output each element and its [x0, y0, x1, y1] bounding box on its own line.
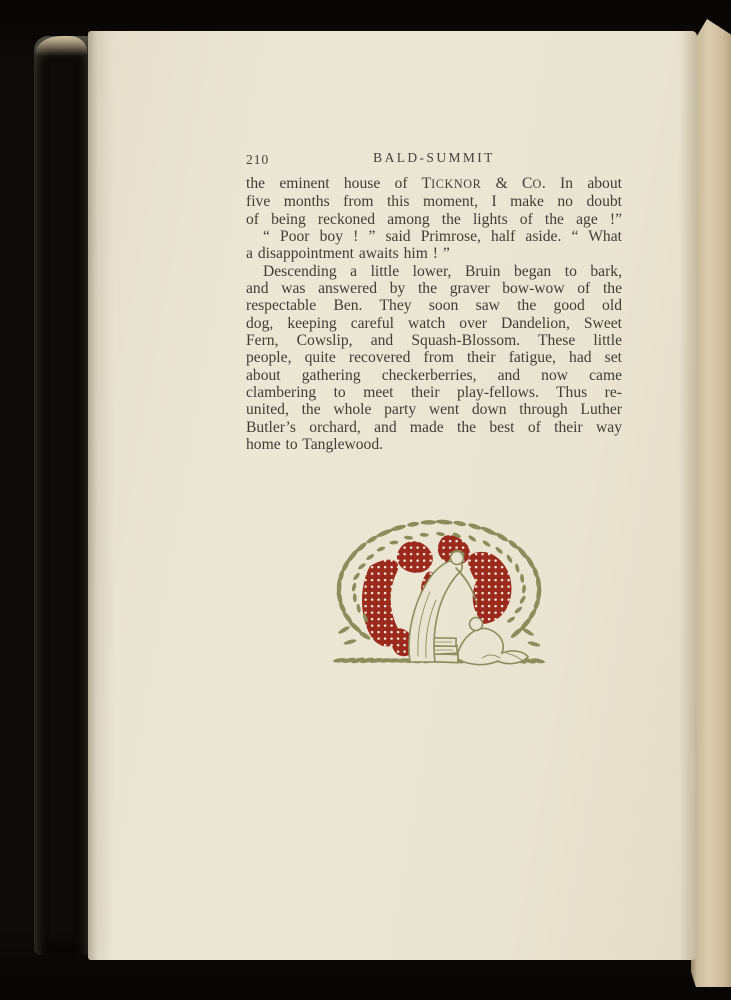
text-line: “ Poor boy ! ” said Primrose, half aside… — [246, 228, 622, 245]
body-text: the eminent house of Ticknor & Co. In ab… — [246, 175, 622, 454]
book-spine-page-block — [34, 36, 91, 955]
text-line: Descending a little lower, Bruin began t… — [246, 263, 622, 280]
text-line: the eminent house of Ticknor & Co. In ab… — [246, 175, 622, 193]
text-line: Fern, Cowslip, and Squash-Blossom. These… — [246, 332, 622, 349]
text-line: clambering to meet their play-fellows. T… — [246, 384, 622, 401]
text-line: five months from this moment, I make no … — [246, 193, 622, 210]
text-line: about gathering checkerberries, and now … — [246, 367, 622, 384]
text-line: and was answered by the graver bow-wow o… — [246, 280, 622, 297]
running-head: BALD-SUMMIT — [246, 150, 622, 166]
reclining-child — [458, 618, 528, 665]
text-line: respectable Ben. They soon saw the good … — [246, 297, 622, 314]
page-number: 210 — [246, 152, 269, 168]
tailpiece-illustration — [330, 512, 548, 672]
text-line: united, the whole party went down throug… — [246, 401, 622, 418]
text-line: home to Tanglewood. — [246, 436, 622, 453]
text-line: Butler’s orchard, and made the best of t… — [246, 419, 622, 436]
book-page: 210 BALD-SUMMIT the eminent house of Tic… — [88, 31, 697, 960]
underlying-page-edge — [691, 19, 731, 987]
text-line: a disappointment awaits him ! ” — [246, 245, 622, 262]
text-line: people, quite recovered from their fatig… — [246, 349, 622, 366]
text-line: of being reckoned among the lights of th… — [246, 211, 622, 228]
text-line: dog, keeping careful watch over Dandelio… — [246, 315, 622, 332]
book-photograph: 210 BALD-SUMMIT the eminent house of Tic… — [0, 0, 731, 1000]
spine-head-cap — [36, 36, 87, 56]
page-header: 210 BALD-SUMMIT — [246, 150, 622, 168]
